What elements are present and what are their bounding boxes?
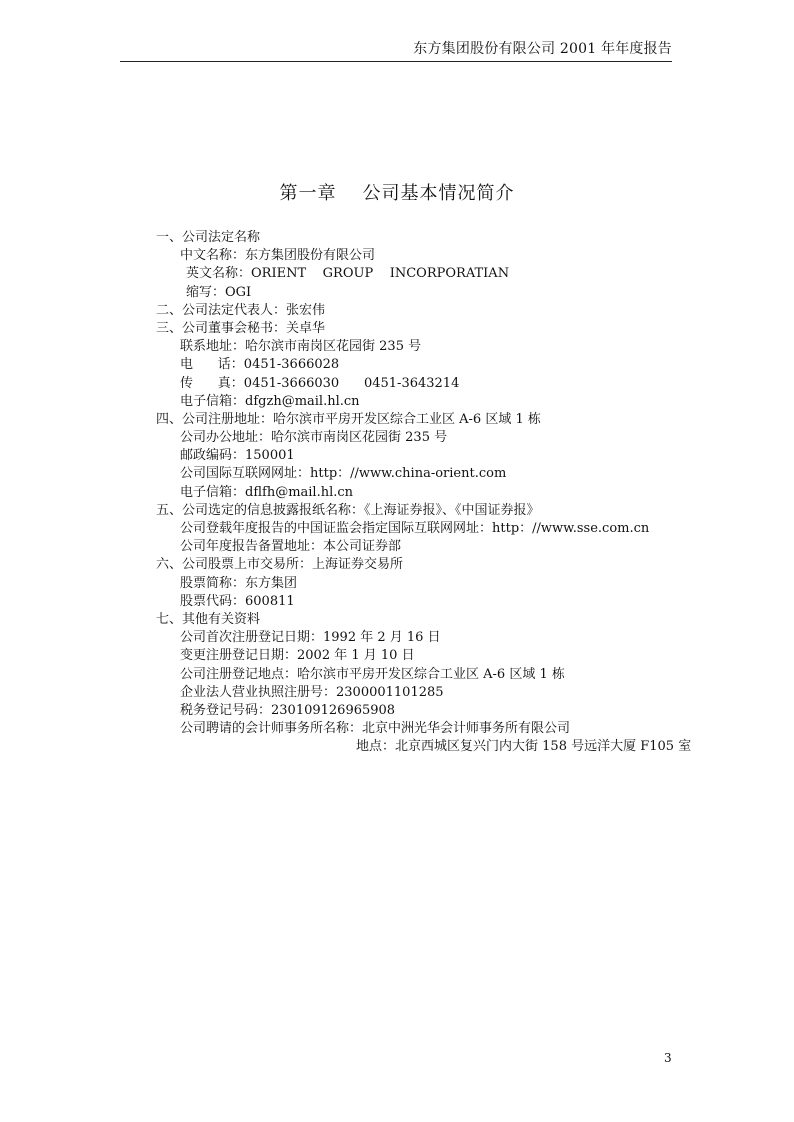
- field-label: 中文名称：: [180, 248, 245, 263]
- field-value: 0451-3666030 0451-3643214: [244, 376, 460, 391]
- info-line: 电子信箱：dflfh@mail.hl.cn: [156, 484, 649, 502]
- info-line: 股票代码：600811: [156, 593, 649, 611]
- field-value: OGI: [225, 285, 251, 300]
- field-value: 北京中洲光华会计师事务所有限公司: [362, 721, 570, 736]
- field-value: 本公司证券部: [323, 539, 401, 554]
- section-heading: 三、公司董事会秘书：关卓华: [156, 320, 649, 338]
- info-line: 传 真：0451-3666030 0451-3643214: [156, 375, 649, 393]
- website-value: http：//www.sse.com.cn: [492, 521, 649, 536]
- info-line: 公司首次注册登记日期：1992 年 2 月 16 日: [156, 629, 649, 647]
- info-line: 缩写：OGI: [156, 284, 649, 302]
- email-value: dflfh@mail.hl.cn: [245, 485, 353, 500]
- info-line: 企业法人营业执照注册号：2300001101285: [156, 684, 649, 702]
- field-label: 公司登载年度报告的中国证监会指定国际互联网网址：: [180, 521, 492, 536]
- field-label: 地点：: [356, 739, 395, 754]
- chapter-heading: 公司基本情况简介: [363, 183, 515, 204]
- field-value: 150001: [245, 448, 295, 463]
- field-label: 电子信箱：: [180, 485, 245, 500]
- field-value: 2300001101285: [336, 685, 444, 700]
- section-heading: 四、公司注册地址：哈尔滨市平房开发区综合工业区 A-6 区域 1 栋: [156, 411, 649, 429]
- field-value: 0451-3666028: [244, 357, 339, 372]
- field-label: 联系地址：: [180, 339, 245, 354]
- field-label: 公司国际互联网网址：: [180, 466, 310, 481]
- info-line: 中文名称：东方集团股份有限公司: [156, 247, 649, 265]
- info-line: 地点：北京西城区复兴门内大街 158 号远洋大厦 F105 室: [156, 738, 649, 756]
- info-line: 公司国际互联网网址：http：//www.china-orient.com: [156, 465, 649, 483]
- document-body: 一、公司法定名称 中文名称：东方集团股份有限公司 英文名称：ORIENT GRO…: [156, 229, 649, 756]
- section-heading: 一、公司法定名称: [156, 229, 649, 247]
- field-value: 东方集团: [245, 576, 297, 591]
- page-number: 3: [664, 1051, 672, 1065]
- info-line: 公司注册登记地点：哈尔滨市平房开发区综合工业区 A-6 区域 1 栋: [156, 666, 649, 684]
- field-label: 税务登记号码：: [180, 703, 271, 718]
- info-line: 邮政编码：150001: [156, 447, 649, 465]
- field-label: 企业法人营业执照注册号：: [180, 685, 336, 700]
- field-label: 公司办公地址：: [180, 430, 271, 445]
- field-value: 哈尔滨市南岗区花园街 235 号: [245, 339, 421, 354]
- field-value: 230109126965908: [271, 703, 395, 718]
- info-line: 电子信箱：dfgzh@mail.hl.cn: [156, 393, 649, 411]
- field-value: 1992 年 2 月 16 日: [323, 630, 441, 645]
- header-rule: [120, 61, 672, 62]
- field-value: 2002 年 1 月 10 日: [297, 648, 415, 663]
- field-label: 缩写：: [186, 285, 225, 300]
- field-label: 公司聘请的会计师事务所名称：: [180, 721, 362, 736]
- field-label: 电 话：: [180, 357, 244, 372]
- field-value: 东方集团股份有限公司: [245, 248, 375, 263]
- field-label: 公司注册登记地点：: [180, 667, 297, 682]
- section-heading: 五、公司选定的信息披露报纸名称：《上海证券报》、《中国证券报》: [156, 502, 649, 520]
- info-line: 英文名称：ORIENT GROUP INCORPORATIAN: [156, 265, 649, 283]
- field-value: ORIENT GROUP INCORPORATIAN: [251, 266, 509, 281]
- chapter-number: 第一章: [280, 183, 337, 204]
- info-line: 税务登记号码：230109126965908: [156, 702, 649, 720]
- field-label: 电子信箱：: [180, 394, 245, 409]
- section-heading: 七、其他有关资料: [156, 611, 649, 629]
- info-line: 公司办公地址：哈尔滨市南岗区花园街 235 号: [156, 429, 649, 447]
- info-line: 公司年度报告备置地址：本公司证券部: [156, 538, 649, 556]
- info-line: 联系地址：哈尔滨市南岗区花园街 235 号: [156, 338, 649, 356]
- field-label: 传 真：: [180, 376, 244, 391]
- field-value: 哈尔滨市平房开发区综合工业区 A-6 区域 1 栋: [297, 667, 565, 682]
- email-value: dfgzh@mail.hl.cn: [245, 394, 360, 409]
- field-value: 哈尔滨市南岗区花园街 235 号: [271, 430, 447, 445]
- field-label: 邮政编码：: [180, 448, 245, 463]
- field-label: 英文名称：: [186, 266, 251, 281]
- section-heading: 六、公司股票上市交易所：上海证券交易所: [156, 556, 649, 574]
- info-line: 变更注册登记日期：2002 年 1 月 10 日: [156, 647, 649, 665]
- chapter-title: 第一章公司基本情况简介: [0, 182, 794, 206]
- field-label: 股票简称：: [180, 576, 245, 591]
- field-value: 600811: [245, 594, 295, 609]
- info-line: 股票简称：东方集团: [156, 575, 649, 593]
- website-value: http：//www.china-orient.com: [310, 466, 506, 481]
- address-line: 地点：北京西城区复兴门内大街 158 号远洋大厦 F105 室: [356, 739, 691, 754]
- section-heading: 二、公司法定代表人：张宏伟: [156, 302, 649, 320]
- field-label: 股票代码：: [180, 594, 245, 609]
- info-line: 电 话：0451-3666028: [156, 356, 649, 374]
- info-line: 公司登载年度报告的中国证监会指定国际互联网网址：http：//www.sse.c…: [156, 520, 649, 538]
- field-label: 公司首次注册登记日期：: [180, 630, 323, 645]
- field-label: 变更注册登记日期：: [180, 648, 297, 663]
- field-label: 公司年度报告备置地址：: [180, 539, 323, 554]
- info-line: 公司聘请的会计师事务所名称：北京中洲光华会计师事务所有限公司: [156, 720, 649, 738]
- running-header: 东方集团股份有限公司 2001 年年度报告: [120, 40, 672, 58]
- field-value: 北京西城区复兴门内大街 158 号远洋大厦 F105 室: [395, 739, 691, 754]
